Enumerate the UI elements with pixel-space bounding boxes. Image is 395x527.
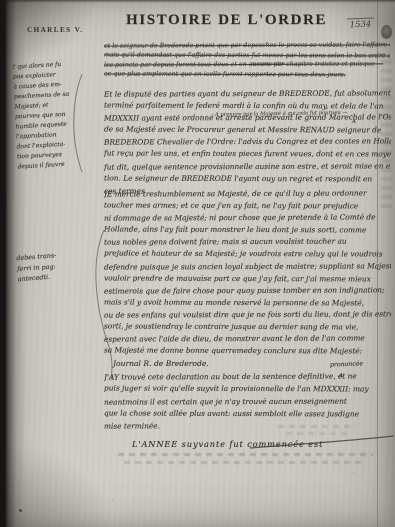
handwritten-line: neantmoins il est certain que je n'ay tr…	[104, 395, 391, 409]
margin-note-2: debes trans-ferri in pag:antecedti.	[16, 249, 78, 285]
handwritten-line: fut reçu par les uns, et enfin toutes pi…	[104, 148, 391, 161]
page-corner-hole	[381, 25, 392, 39]
bleedthrough-line-4	[286, 432, 352, 435]
page-top-edge	[0, 0, 395, 3]
handwritten-line: fut dit, quelque sentence provisionnelle…	[104, 160, 391, 173]
manuscript-scan: CHARLES V. HISTOIRE DE L'ORDRE 1534 et l…	[0, 0, 395, 527]
handwritten-line: vouloir prendre de mauvaise part ce que …	[104, 272, 391, 285]
struck-paragraph: et le seigneur de Brederode priant que p…	[104, 41, 390, 79]
body-paragraph-3: J'AY trouvé cete declaration au bout de …	[104, 371, 391, 432]
handwritten-line: puis juger si voir qu'elle suyvit la pro…	[104, 383, 391, 396]
folio-number: 1534	[347, 18, 374, 31]
handwritten-line: defendre puisque je suis ancien loyal su…	[104, 260, 391, 273]
bleedthrough-line-1	[118, 453, 373, 456]
margin-note-1: † qui alors ne fupas exploicterà cause d…	[12, 60, 74, 173]
handwritten-line: estimerois que de faire chose pour quoy …	[104, 284, 391, 297]
handwritten-line: tion. Le seigneur de BREDERODE l'ayant o…	[104, 172, 391, 185]
handwritten-line: sa Majesté me donne bonne querremedey co…	[104, 345, 391, 358]
bleedthrough-line-2	[124, 461, 362, 464]
closing-line: L'ANNEE suyvante fut commencée est	[132, 439, 323, 449]
bleedthrough-line-3	[278, 425, 356, 428]
struck-interline-note: mesme ordre	[252, 62, 284, 67]
ink-specks	[19, 509, 22, 512]
page-title: HISTOIRE DE L'ORDRE	[126, 12, 327, 29]
handwritten-line: mais s'il y avoit homme au monde reservé…	[104, 296, 391, 309]
body-paragraph-1: Et le disputé des parties ayant du seign…	[104, 88, 391, 197]
handwritten-line: ou de ses enfans qui voulsist dire que j…	[104, 308, 391, 321]
speech-lines: JE mercie treshumblement sa Majesté, de …	[104, 188, 391, 357]
handwritten-line: et le seigneur de Brederode priant que p…	[104, 40, 390, 51]
handwritten-line: prejudice et hauteur de sa Majesté; je v…	[104, 248, 391, 261]
speech-paragraph: JE mercie treshumblement sa Majesté, de …	[104, 188, 391, 370]
bleedthrough-right-column	[381, 58, 392, 208]
handwritten-line: ce que plus amplement que en icelle fure…	[104, 69, 390, 80]
insertion-caret-2: A	[339, 373, 343, 379]
margin-insertion-word: prononcée	[330, 360, 363, 368]
insertion-caret-1: A	[352, 119, 356, 125]
running-head: CHARLES V.	[27, 26, 83, 34]
